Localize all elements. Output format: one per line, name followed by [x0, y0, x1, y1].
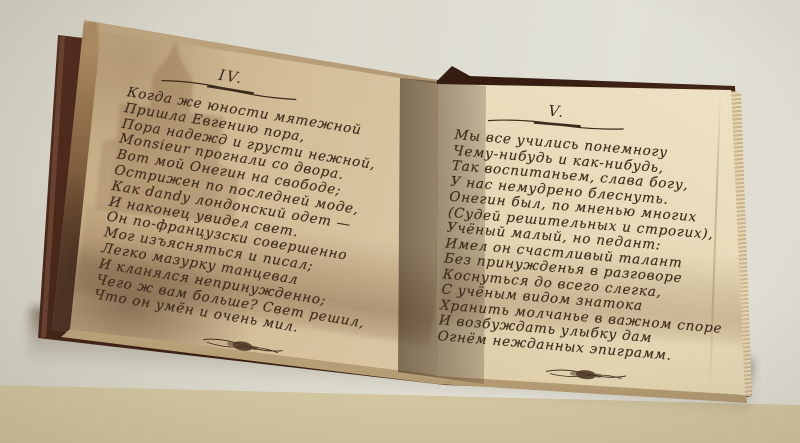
right-page-text: V. Мы все учились понемногу Чему-нибудь … [435, 94, 759, 396]
stanza-left: Когда же юности мятежной Пришла Евгению … [83, 84, 444, 356]
photo-open-book-scene: IV. Когда же юности мятежной Пришла Евге… [0, 0, 800, 443]
left-page-text: IV. Когда же юности мятежной Пришла Евге… [78, 50, 449, 382]
stanza-right: Мы все учились понемногу Чему-нибудь и к… [437, 128, 756, 370]
